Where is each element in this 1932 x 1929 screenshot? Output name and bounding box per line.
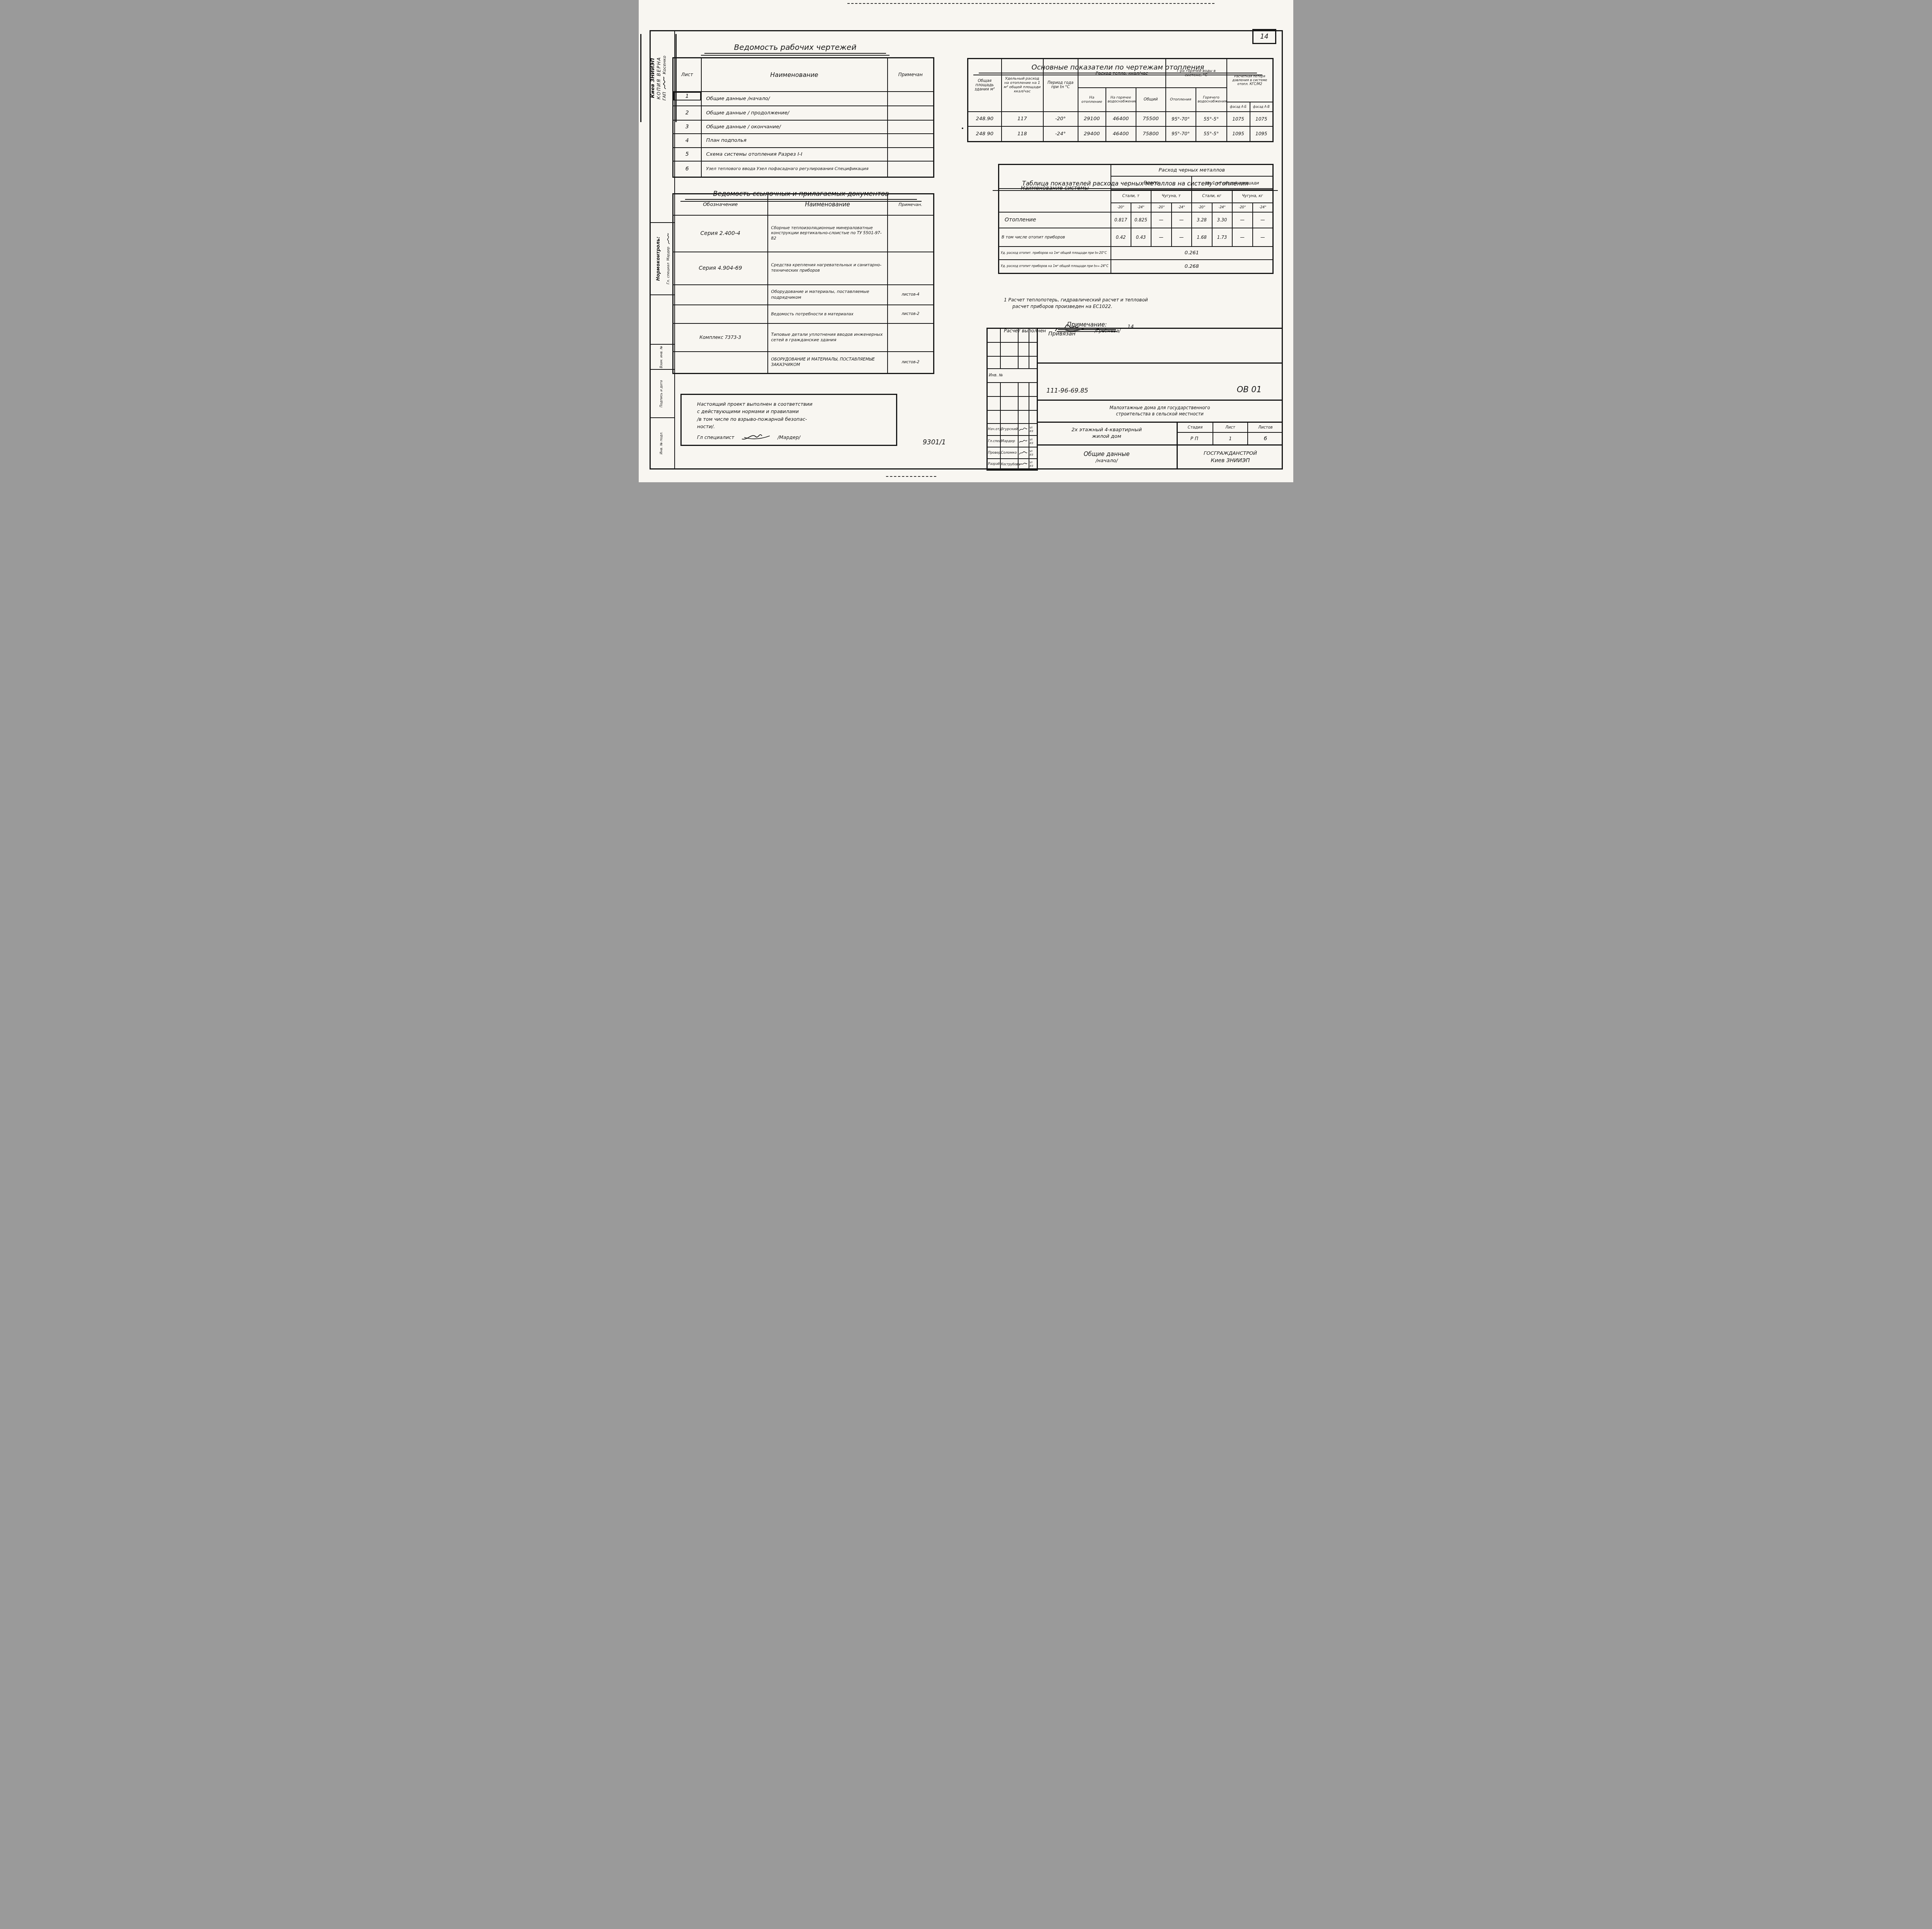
cell: 248 90: [968, 126, 1002, 142]
stamp-title-line2: /начало/: [1095, 458, 1117, 464]
note-line2: расчет приборов произведен на ЕС1022.: [1004, 303, 1236, 310]
metals-row-name: Отопление: [999, 212, 1111, 228]
cell: 1075: [1227, 112, 1250, 126]
note-body: 1 Расчет теплопотерь, гидравлический рас…: [1004, 297, 1236, 310]
cell: —: [1253, 212, 1273, 228]
cell: 1095: [1227, 126, 1250, 142]
temp-col: -20°: [1192, 203, 1212, 212]
worklist-col-name: Наименование: [701, 58, 888, 92]
worklist-row-note: [888, 161, 934, 177]
metals-row-name: В том числе отопит приборов: [999, 228, 1111, 247]
signer-role: Разраб: [987, 459, 1000, 470]
worklist-row-number: 2: [673, 106, 701, 120]
reflist-row-code: [673, 285, 768, 305]
compliance-line3: /в том числе по взрыво-пожарной безопас-: [697, 415, 896, 423]
cell: 75800: [1136, 126, 1166, 142]
cell: -24°: [1043, 126, 1078, 142]
cell: 1.68: [1192, 228, 1212, 247]
worklist-row-name: Схема системы отопления Разрез I-I: [701, 148, 888, 161]
stamp-inv-note: Инв. №: [987, 369, 1037, 383]
worklist-row-name: Общие данные /начало/: [701, 92, 888, 106]
gap-signature: [662, 77, 667, 90]
heat-group-pressure-loss: Расчетная потеря давления в системе отоп…: [1227, 59, 1273, 102]
cell: 95°-70°: [1166, 126, 1196, 142]
worklist-row-note: [888, 120, 934, 134]
worklist-row-name: Узел теплового ввода Узел пофасаднаго ре…: [701, 161, 888, 177]
table-row: Ведомость потребности в материалах листо…: [673, 305, 934, 323]
table-row: Комплекс 7373-3 Типовые детали уплотнени…: [673, 323, 934, 352]
stamp-series-row: Малоэтажные дома для государственного ст…: [1037, 401, 1283, 423]
table-row: 2 Общие данные / продолжение/: [673, 106, 934, 120]
stamp-object-row: 2х этажный 4-квартирный жилой дом Стадия…: [1037, 423, 1283, 446]
stamp-sheet-title-cell: Общие данные /начало/: [1037, 446, 1178, 469]
signer-signature: [1019, 427, 1028, 432]
normo-name: Мардер: [667, 247, 670, 260]
compliance-role: Гл специалист: [697, 434, 734, 441]
worklist-row-note: [888, 148, 934, 161]
metals-header-row1: Наименование системы Расход черных метал…: [999, 165, 1273, 176]
heat-data-row: 248.90 117 -20° 29100 46400 75500 95°-70…: [968, 112, 1273, 126]
gap-name: Косенко: [662, 56, 667, 74]
metals-table: Наименование системы Расход черных метал…: [998, 164, 1274, 274]
signer-name: Мардер: [1000, 435, 1018, 447]
metals-col-steel-t: Стали, т: [1111, 190, 1151, 203]
stamp-code-row: 111-96-69.85 ОВ 01: [1037, 364, 1283, 401]
reflist-row-code: Комплекс 7373-3: [673, 323, 768, 352]
worklist-row-name: План подполья: [701, 134, 888, 148]
normokontrol-label: Нормоконтроль:: [655, 236, 661, 281]
reflist-col-code: Обозначение: [673, 194, 768, 215]
heat-col-t-water: Горячего водоснабжения: [1196, 88, 1227, 112]
table-row: Серия 2.400-4 Сборные теплоизоляционные …: [673, 215, 934, 252]
margin-cell-normokontrol: Нормоконтроль: Гл. специал Мардер: [650, 222, 674, 295]
signer-signature: [1019, 439, 1028, 444]
heat-data-row: 248 90 118 -24° 29400 46400 75800 95°-70…: [968, 126, 1273, 142]
stamp-stage-block: Стадия Лист Листов РП 1 6: [1178, 423, 1283, 444]
reflist-row-note: [888, 323, 934, 352]
margin-cell-inv: Инв. № подл.: [650, 417, 674, 468]
reflist-row-name: Оборудование и материалы, поставляемые п…: [768, 285, 888, 305]
stamp-title-row: Общие данные /начало/ ГОСГРАЖДАНСТРОЙ Ки…: [1037, 446, 1283, 469]
metals-span-value: 0.261: [1111, 247, 1273, 260]
note-line1: 1 Расчет теплопотерь, гидравлический рас…: [1004, 297, 1236, 303]
worklist-row-number: 5: [673, 148, 701, 161]
cell: 1.73: [1212, 228, 1232, 247]
metals-span-row: Уд. расход отопит. приборов на 1м² общей…: [999, 247, 1273, 260]
reflist-row-note: листов-2: [888, 352, 934, 374]
stamp-signer-row: Разраб Кострубова VI 83: [987, 459, 1037, 470]
stamp-series-line2: строительства в сельской местности: [1116, 411, 1203, 417]
signer-role: Нач.отд.: [987, 424, 1000, 435]
stamp-title-line1: Общие данные: [1083, 451, 1129, 458]
worklist-row-name: Общие данные / окончание/: [701, 120, 888, 134]
temp-col: -24°: [1212, 203, 1232, 212]
stamp-org-line2: Киев ЗНИИЭП: [1211, 457, 1250, 465]
metals-data-row: Отопление 0.817 0.825 — — 3.28 3.30 — —: [999, 212, 1273, 228]
reflist-row-code: [673, 305, 768, 323]
podpis-label: Подпись и дата: [660, 380, 663, 407]
signer-date: VI 83: [1029, 459, 1037, 470]
temp-col: -24°: [1253, 203, 1273, 212]
stamp-org: Киев ЗНИИЭП: [650, 58, 656, 98]
reflist-row-note: [888, 215, 934, 252]
worklist-row-number: 1: [673, 92, 701, 100]
table-row: 3 Общие данные / окончание/: [673, 120, 934, 134]
stamp-stage-values: РП 1 6: [1178, 433, 1283, 444]
signer-signature: [1019, 450, 1028, 456]
signer-signature-cell: [1018, 435, 1029, 447]
cell: 29100: [1078, 112, 1106, 126]
worklist-header-row: Лист Наименование Примечан: [673, 58, 934, 92]
table-row: ОБОРУДОВАНИЕ И МАТЕРИАЛЫ, ПОСТАВЛЯЕМЫЕ З…: [673, 352, 934, 374]
compliance-sig-row: Гл специалист /Мардер/: [697, 431, 896, 441]
compliance-line4: ности/.: [697, 423, 896, 430]
signer-date: VI 83: [1029, 424, 1037, 435]
cell: —: [1232, 228, 1253, 247]
metals-row-name: Уд. расход отопит. приборов на 1м² общей…: [999, 247, 1111, 260]
worklist-row-number: 4: [673, 134, 701, 148]
compliance-sig-name: /Мардер/: [777, 434, 800, 441]
stamp-stage-labels: Стадия Лист Листов: [1178, 423, 1283, 433]
heat-header-row1: Общая площадь здания м² Удельный расход …: [968, 59, 1273, 88]
compliance-line1: Настоящий проект выполнен в соответствии: [697, 400, 896, 408]
heat-col-facade1: фасад А-Б: [1227, 102, 1250, 112]
vzam-label: Взам. инв. №: [660, 346, 663, 368]
stamp-series-line1: Малоэтажные дома для государственного: [1110, 405, 1210, 411]
inv-anchor: Инв. № подл.: [657, 467, 706, 476]
heat-col-facade2: фасад А-В: [1250, 102, 1273, 112]
copy-verified-stamp: Киев ЗНИИЭП КОПИЯ ВЕРНА ГАП Косенко: [640, 34, 677, 122]
worklist-row-name: Общие данные / продолжение/: [701, 106, 888, 120]
metals-data-row: В том числе отопит приборов 0.42 0.43 — …: [999, 228, 1273, 247]
cell: 0.825: [1131, 212, 1151, 228]
stamp-signer-row: Нач.отд. Згурский VI 83: [987, 424, 1037, 435]
signer-date: VI 83: [1029, 435, 1037, 447]
metals-row-name: Уд. расход отопит приборов на 1м² общей …: [999, 260, 1111, 274]
heat-col-t-heating: Отопления: [1166, 88, 1196, 112]
stamp-object-cell: 2х этажный 4-квартирный жилой дом: [1037, 423, 1178, 444]
fold-mark-bottom: [886, 476, 936, 477]
normo-role: Гл. специал: [667, 263, 670, 284]
reflist-row-code: Серия 4.904-69: [673, 252, 768, 285]
reflist-row-name: Ведомость потребности в материалах: [768, 305, 888, 323]
cell: 248.90: [968, 112, 1002, 126]
stamp-mark-code: ОВ 01: [1237, 385, 1262, 394]
compliance-note-box: Настоящий проект выполнен в соответствии…: [680, 394, 897, 446]
signer-signature-cell: [1018, 447, 1029, 459]
cell: —: [1232, 212, 1253, 228]
cell: 0.42: [1111, 228, 1131, 247]
cell: 0.43: [1131, 228, 1151, 247]
metals-col-system: Наименование системы: [999, 165, 1111, 212]
cell: 117: [1002, 112, 1043, 126]
cell: 55°-5°: [1196, 112, 1227, 126]
metals-group-total: Расход черных металлов: [1111, 165, 1273, 176]
cell: 75500: [1136, 112, 1166, 126]
signer-signature: [1019, 461, 1028, 467]
stamp-object-line2: жилой дом: [1092, 434, 1121, 440]
signer-date: VI 83: [1029, 447, 1037, 459]
metals-col-iron-t: Чугуна, т: [1151, 190, 1192, 203]
heat-col-specific: Удельный расход на отопление на 1 м² общ…: [1002, 59, 1043, 112]
sheets-label: Листов: [1248, 423, 1283, 432]
worklist-row-note: [888, 134, 934, 148]
stamp-doc-code: 111-96-69.85: [1046, 387, 1088, 394]
reflist-table: Обозначение Наименование Примечан. Серия…: [672, 193, 934, 374]
inv-wrap: Инв. № подл.: [657, 419, 666, 467]
stage-label: Стадия: [1178, 423, 1213, 432]
cell: —: [1172, 228, 1192, 247]
cell: 29400: [1078, 126, 1106, 142]
stamp-copy-label: КОПИЯ ВЕРНА: [656, 57, 662, 99]
temp-col: -20°: [1151, 203, 1172, 212]
table-row: 1 Общие данные /начало/: [673, 92, 934, 106]
reflist-col-name: Наименование: [768, 194, 888, 215]
worklist-col-sheet: Лист: [673, 58, 701, 92]
stamp-signer-row: Провер. Соломко VI 83: [987, 447, 1037, 459]
temp-col: -20°: [1232, 203, 1253, 212]
cell: 0.817: [1111, 212, 1131, 228]
gap-label: ГАП: [662, 92, 667, 100]
worklist-row-note: [888, 106, 934, 120]
cell: 3.28: [1192, 212, 1212, 228]
page-number: 14: [1260, 33, 1269, 41]
stamp-privyazan: Привязан: [1048, 331, 1075, 337]
cell: -20°: [1043, 112, 1078, 126]
reflist-row-name: Типовые детали уплотнения вводов инженер…: [768, 323, 888, 352]
heat-col-hot-water: На горячее водоснабжение: [1106, 88, 1136, 112]
metals-group-per-m2: На 1 м² общей площади: [1192, 176, 1273, 190]
cell: 46400: [1106, 126, 1136, 142]
compliance-line2: с действующими нормами и правилами: [697, 408, 896, 415]
reflist-row-name: ОБОРУДОВАНИЕ И МАТЕРИАЛЫ, ПОСТАВЛЯЕМЫЕ З…: [768, 352, 888, 374]
worklist-row-note: [888, 92, 934, 106]
temp-col: -24°: [1131, 203, 1151, 212]
stamp-signer-row: Гл.спец. Мардер VI 83: [987, 435, 1037, 447]
reflist-row-note: [888, 252, 934, 285]
metals-span-row: Уд. расход отопит приборов на 1м² общей …: [999, 260, 1273, 274]
stamp-org-line1: ГОСГРАЖДАНСТРОЙ: [1204, 450, 1257, 457]
stamp-gap-line: ГАП Косенко: [662, 56, 667, 100]
stamp-org-cell: ГОСГРАЖДАНСТРОЙ Киев ЗНИИЭП: [1178, 446, 1283, 469]
heat-col-area: Общая площадь здания м²: [968, 59, 1002, 112]
temp-col: -24°: [1172, 203, 1192, 212]
cell: 55°-5°: [1196, 126, 1227, 142]
metals-group-all: Всего: [1111, 176, 1192, 190]
cell: 1095: [1250, 126, 1273, 142]
normo-label-wrap: Нормоконтроль:: [653, 225, 663, 293]
cell: —: [1253, 228, 1273, 247]
sheet-label: Лист: [1213, 423, 1248, 432]
vzam-wrap: Взам. инв. №: [657, 345, 666, 369]
cell: 46400: [1106, 112, 1136, 126]
heat-col-total: Общий: [1136, 88, 1166, 112]
reflist-row-code: Серия 2.400-4: [673, 215, 768, 252]
stage-value: РП: [1178, 433, 1213, 444]
heat-group-consumption: Расход тепла, ккал/час: [1078, 59, 1166, 88]
signer-role: Гл.спец.: [987, 435, 1000, 447]
table-row: Оборудование и материалы, поставляемые п…: [673, 285, 934, 305]
margin-cell-podpis: Подпись и дата: [650, 369, 674, 418]
worklist-row-number: 6: [673, 161, 701, 177]
heat-col-period: Период года при tн °С: [1043, 59, 1078, 112]
table-row: 6 Узел теплового ввода Узел пофасаднаго …: [673, 161, 934, 177]
table-row: 4 План подполья: [673, 134, 934, 148]
table-row: Серия 4.904-69 Средства крепления нагрев…: [673, 252, 934, 285]
cell: 95°-70°: [1166, 112, 1196, 126]
marder-signature: [740, 431, 771, 441]
normo-signature: [666, 233, 671, 245]
reflist-row-name: Сборные теплоизоляционные минераловатные…: [768, 215, 888, 252]
heat-group-temperature: Т-ра горячей воды в системе, °С: [1166, 59, 1227, 88]
sheet-value: 1: [1213, 433, 1248, 444]
page-number-box: 14: [1252, 29, 1276, 44]
reflist-col-note: Примечан.: [888, 194, 934, 215]
signer-signature-cell: [1018, 459, 1029, 470]
stamp-left-grid: Инв. № Нач.отд. Згурский VI 83 Гл.спец. …: [986, 328, 1038, 471]
cell: —: [1151, 212, 1172, 228]
stamp-privyazan-row: Привязан: [1037, 328, 1283, 364]
temp-col: -20°: [1111, 203, 1131, 212]
drawing-sheet: 14 Киев ЗНИИЭП КОПИЯ ВЕРНА ГАП Косенко Н…: [639, 0, 1293, 482]
table-row: 5 Схема системы отопления Разрез I-I: [673, 148, 934, 161]
fold-mark-top: [847, 3, 1214, 4]
heat-col-heating: На отопление: [1078, 88, 1106, 112]
signer-name: Згурский: [1000, 424, 1018, 435]
cell: —: [1151, 228, 1172, 247]
cell: —: [1172, 212, 1192, 228]
metals-col-iron-kg: Чугуна, кг: [1232, 190, 1273, 203]
metals-col-steel-kg: Стали, кг: [1192, 190, 1232, 203]
worklist-table: Лист Наименование Примечан 1 Общие данны…: [672, 57, 934, 178]
metals-span-value: 0.268: [1111, 260, 1273, 274]
margin-cell-vzam: Взам. инв. №: [650, 344, 674, 370]
signer-name: Кострубова: [1000, 459, 1018, 470]
worklist-title: Ведомость рабочих чертежей: [704, 43, 886, 54]
reflist-row-code: [673, 352, 768, 374]
worklist-row-number: 3: [673, 120, 701, 134]
cell: 118: [1002, 126, 1043, 142]
signer-role: Провер.: [987, 447, 1000, 459]
heat-table: Общая площадь здания м² Удельный расход …: [967, 58, 1274, 142]
document-number: 9301/1: [923, 439, 946, 446]
stamp-object-line1: 2х этажный 4-квартирный: [1071, 427, 1142, 434]
inv-label: Инв. № подл.: [660, 432, 663, 454]
signer-signature-cell: [1018, 424, 1029, 435]
reflist-row-name: Средства крепления нагревательных и сани…: [768, 252, 888, 285]
signer-name: Соломко: [1000, 447, 1018, 459]
reflist-header-row: Обозначение Наименование Примечан.: [673, 194, 934, 215]
reflist-row-note: листов-2: [888, 305, 934, 323]
reflist-row-note: листов-4: [888, 285, 934, 305]
cell: 3.30: [1212, 212, 1232, 228]
podpis-wrap: Подпись и дата: [657, 371, 666, 417]
cell: 1075: [1250, 112, 1273, 126]
worklist-col-note: Примечан: [888, 58, 934, 92]
sheets-value: 6: [1248, 433, 1283, 444]
normo-sig-wrap: Гл. специал Мардер: [664, 225, 673, 293]
